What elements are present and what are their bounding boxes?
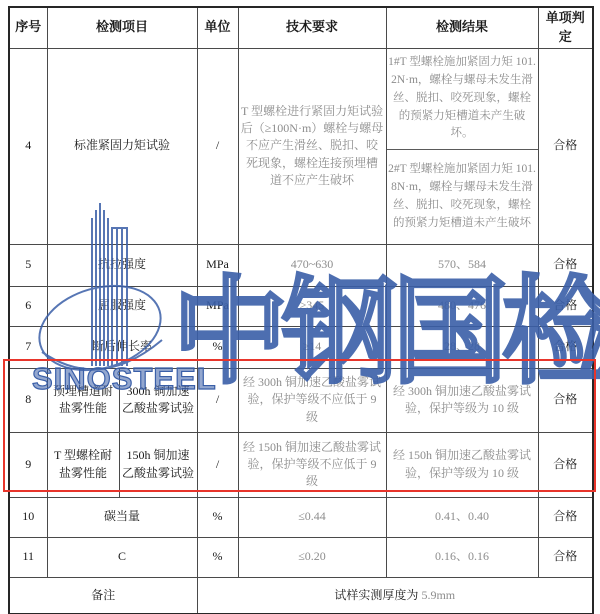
remark-row: 备注 试样实测厚度为 5.9mm (9, 577, 593, 614)
row9-result: 经 150h 铜加速乙酸盐雾试验，保护等级为 10 级 (386, 432, 538, 497)
row11-requirement: ≤0.20 (238, 537, 386, 577)
header-row: 序号 检测项目 单位 技术要求 检测结果 单项判定 (9, 7, 593, 48)
row8-result: 经 300h 铜加速乙酸盐雾试验，保护等级为 10 级 (386, 368, 538, 432)
remark-label: 备注 (9, 577, 197, 614)
row8-item: 预埋槽道耐盐雾性能 (47, 368, 119, 432)
row5-requirement: 470~630 (238, 244, 386, 286)
row5-judge: 合格 (538, 244, 593, 286)
table-row: 8 预埋槽道耐盐雾性能 300h 铜加速乙酸盐雾试验 / 经 300h 铜加速乙… (9, 368, 593, 432)
row10-judge: 合格 (538, 497, 593, 537)
row8-judge: 合格 (538, 368, 593, 432)
row8-method: 300h 铜加速乙酸盐雾试验 (119, 368, 197, 432)
table-row: 5 抗拉强度 MPa 470~630 570、584 合格 (9, 244, 593, 286)
row10-item: 碳当量 (47, 497, 197, 537)
row4-result-2: 2#T 型螺栓施加紧固力矩 101.8N·m，螺栓与螺母未发生滑丝、脱扣、咬死现… (387, 150, 538, 244)
row6-requirement: ≥345 (238, 286, 386, 326)
row6-item: 屈服强度 (47, 286, 197, 326)
table-row: 10 碳当量 % ≤0.44 0.41、0.40 合格 (9, 497, 593, 537)
table-row: 11 C % ≤0.20 0.16、0.16 合格 (9, 537, 593, 577)
row10-no: 10 (9, 497, 47, 537)
row9-judge: 合格 (538, 432, 593, 497)
row11-item: C (47, 537, 197, 577)
row7-item: 断后伸长率 (47, 326, 197, 368)
header-judge: 单项判定 (538, 7, 593, 48)
header-result: 检测结果 (386, 7, 538, 48)
row9-item: T 型螺栓耐盐雾性能 (47, 432, 119, 497)
row7-no: 7 (9, 326, 47, 368)
row6-judge: 合格 (538, 286, 593, 326)
row4-judge: 合格 (538, 48, 593, 244)
row8-unit: / (197, 368, 238, 432)
row6-result: 480、476 (386, 286, 538, 326)
row4-result-1: 1#T 型螺栓施加紧固力矩 101.2N·m，螺栓与螺母未发生滑丝、脱扣、咬死现… (387, 49, 538, 150)
row4-no: 4 (9, 48, 47, 244)
report-page: 序号 检测项目 单位 技术要求 检测结果 单项判定 4 标准紧固力矩试验 / T… (0, 0, 600, 614)
row4-result: 1#T 型螺栓施加紧固力矩 101.2N·m，螺栓与螺母未发生滑丝、脱扣、咬死现… (386, 48, 538, 244)
header-item: 检测项目 (47, 7, 197, 48)
row7-result: 28、28 (386, 326, 538, 368)
row9-requirement: 经 150h 铜加速乙酸盐雾试验，保护等级不应低于 9 级 (238, 432, 386, 497)
row4-requirement: T 型螺栓进行紧固力矩试验后（≥100N·m）螺栓与螺母不应产生滑丝、脱扣、咬死… (238, 48, 386, 244)
row7-judge: 合格 (538, 326, 593, 368)
row6-unit: MPa (197, 286, 238, 326)
row11-unit: % (197, 537, 238, 577)
row5-result: 570、584 (386, 244, 538, 286)
remark-value: 5.9mm (421, 588, 455, 602)
row11-judge: 合格 (538, 537, 593, 577)
remark-prefix: 试样实测厚度为 (334, 588, 421, 602)
table-row: 4 标准紧固力矩试验 / T 型螺栓进行紧固力矩试验后（≥100N·m）螺栓与螺… (9, 48, 593, 244)
table-row: 6 屈服强度 MPa ≥345 480、476 合格 (9, 286, 593, 326)
row9-unit: / (197, 432, 238, 497)
row5-no: 5 (9, 244, 47, 286)
row5-unit: MPa (197, 244, 238, 286)
header-unit: 单位 (197, 7, 238, 48)
row4-item: 标准紧固力矩试验 (47, 48, 197, 244)
row9-no: 9 (9, 432, 47, 497)
row9-method: 150h 铜加速乙酸盐雾试验 (119, 432, 197, 497)
header-req: 技术要求 (238, 7, 386, 48)
row8-requirement: 经 300h 铜加速乙酸盐雾试验，保护等级不应低于 9 级 (238, 368, 386, 432)
row11-no: 11 (9, 537, 47, 577)
remark-text: 试样实测厚度为 5.9mm (197, 577, 593, 614)
row7-requirement: ≥14 (238, 326, 386, 368)
row8-no: 8 (9, 368, 47, 432)
row6-no: 6 (9, 286, 47, 326)
header-no: 序号 (9, 7, 47, 48)
row10-unit: % (197, 497, 238, 537)
row11-result: 0.16、0.16 (386, 537, 538, 577)
row4-unit: / (197, 48, 238, 244)
row7-unit: % (197, 326, 238, 368)
table-row: 9 T 型螺栓耐盐雾性能 150h 铜加速乙酸盐雾试验 / 经 150h 铜加速… (9, 432, 593, 497)
row10-result: 0.41、0.40 (386, 497, 538, 537)
row5-item: 抗拉强度 (47, 244, 197, 286)
test-report-table: 序号 检测项目 单位 技术要求 检测结果 单项判定 4 标准紧固力矩试验 / T… (8, 6, 594, 614)
table-row: 7 断后伸长率 % ≥14 28、28 合格 (9, 326, 593, 368)
row10-requirement: ≤0.44 (238, 497, 386, 537)
